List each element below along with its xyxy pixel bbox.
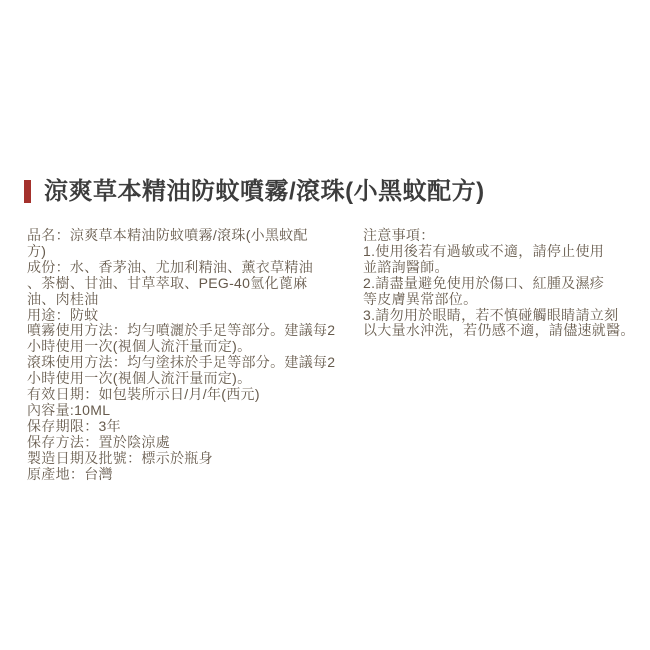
section-title: 涼爽草本精油防蚊噴霧/滾珠(小黑蚊配方) bbox=[24, 180, 485, 203]
notes-text: 注意事項： 1.使用後若有過敏或不適，請停止使用 並諮詢醫師。 2.請盡量避免使… bbox=[363, 228, 638, 339]
product-info-text: 品名：涼爽草本精油防蚊噴霧/滾珠(小黑蚊配 方) 成份：水、香茅油、尤加利精油、… bbox=[27, 228, 357, 483]
page-title: 涼爽草本精油防蚊噴霧/滾珠(小黑蚊配方) bbox=[44, 180, 485, 203]
title-accent-bar bbox=[24, 180, 31, 203]
product-description-page: 涼爽草本精油防蚊噴霧/滾珠(小黑蚊配方) 品名：涼爽草本精油防蚊噴霧/滾珠(小黑… bbox=[0, 0, 650, 650]
